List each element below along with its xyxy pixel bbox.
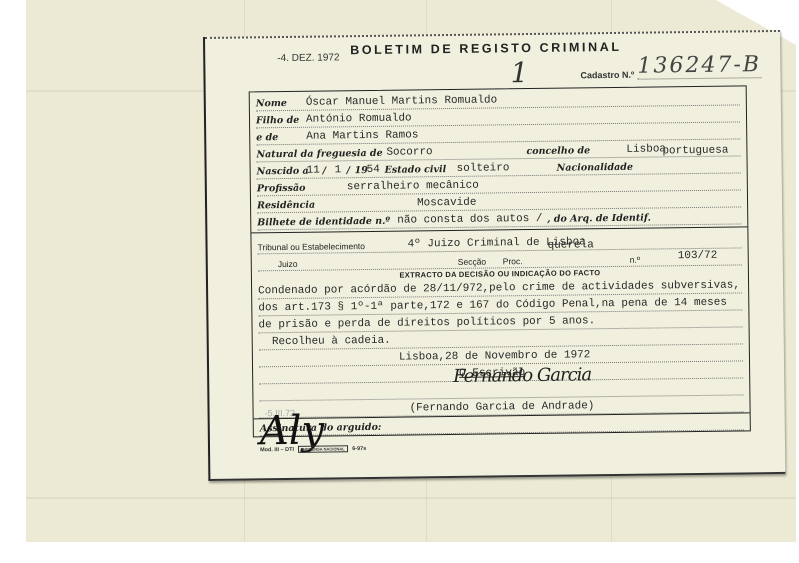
profissao-value: serralheiro mecânico (347, 180, 479, 194)
received-date-stamp: -4. DEZ. 1972 (277, 52, 339, 64)
filho-de-value: António Romualdo (306, 112, 412, 125)
concelho-value: Lisboa (626, 143, 666, 155)
cadastro-number: 136247-B (637, 52, 761, 80)
escrivao-signature: Fernando Garcia (453, 364, 591, 387)
criminal-record-card: -4. DEZ. 1972 BOLETIM DE REGISTO CRIMINA… (203, 30, 785, 481)
residencia-value: Moscavide (417, 197, 477, 210)
printer-seal-icon: IMPRENSA NACIONAL (298, 445, 347, 453)
form-model-code: Mod. III – DTI IMPRENSA NACIONAL 6-97s (260, 445, 366, 453)
bilhete-value: não consta dos autos / (397, 213, 542, 227)
e-de-value: Ana Martins Ramos (306, 129, 418, 142)
cadastro-label: Cadastro N.º (580, 70, 634, 81)
document-title: BOLETIM DE REGISTO CRIMINAL (350, 40, 622, 57)
nome-value: Óscar Manuel Martins Romualdo (306, 94, 498, 108)
proc-value: querela (548, 239, 594, 252)
record-form: Nome Óscar Manuel Martins Romualdo Filho… (249, 85, 751, 437)
estado-civil-value: solteiro (457, 162, 510, 175)
handwritten-mark: 1 (510, 56, 528, 89)
freguesia-value: Socorro (386, 146, 432, 159)
nacionalidade-value: portuguesa (662, 145, 728, 158)
